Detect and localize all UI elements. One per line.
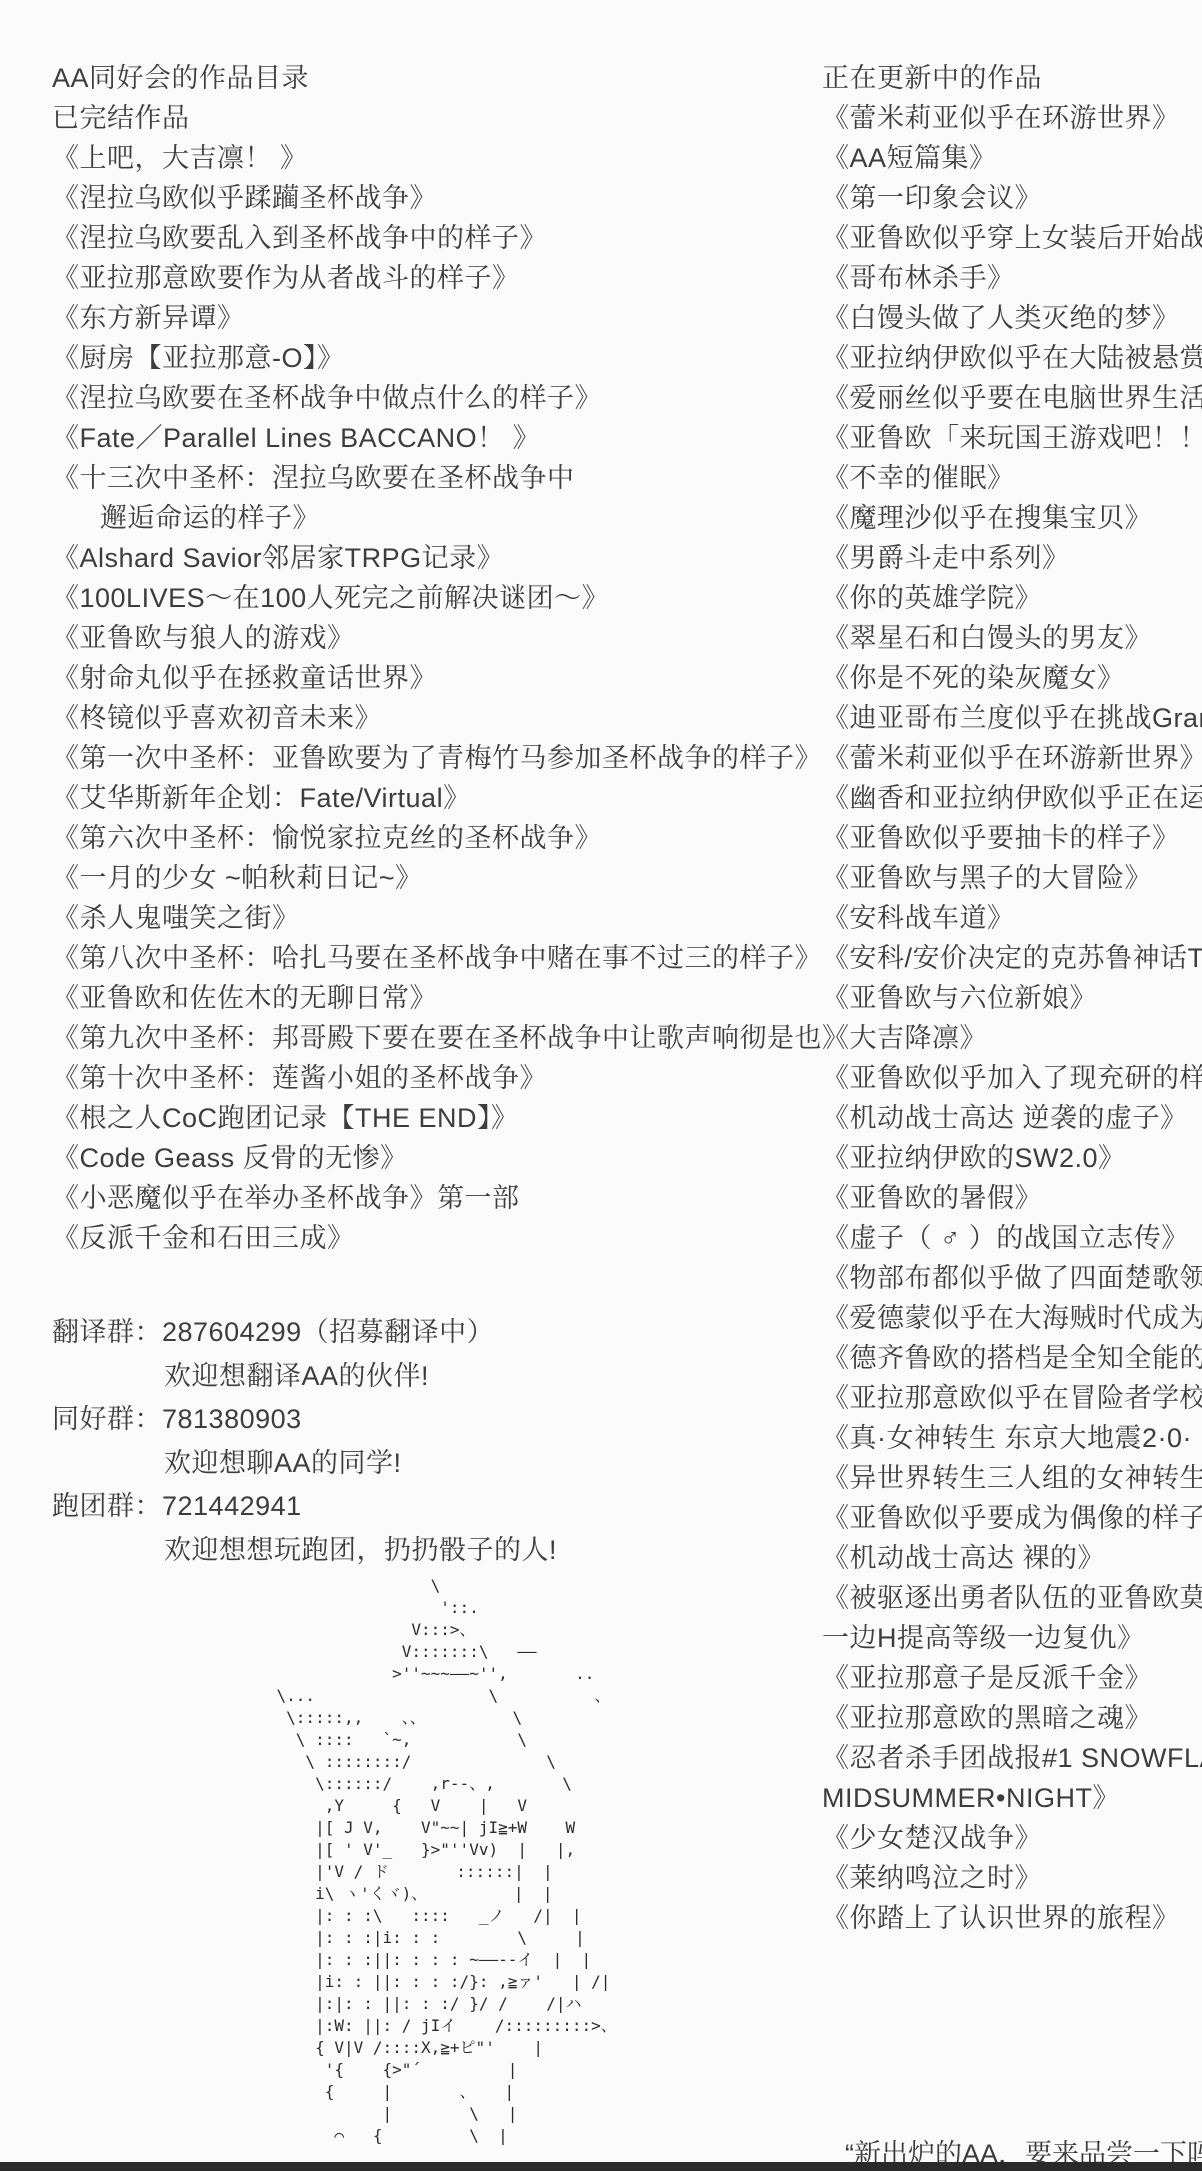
work-title-line: 《哥布林杀手》	[822, 258, 1202, 298]
work-title-line: 《第六次中圣杯：愉悦家拉克丝的圣杯战争》	[52, 818, 850, 858]
right-column-title: 正在更新中的作品	[822, 58, 1202, 98]
work-title-line: 《你是不死的染灰魔女》	[822, 658, 1202, 698]
work-title-line: 《亚鲁欧「来玩国王游戏吧！！ 」》	[822, 418, 1202, 458]
work-title-line: 《小恶魔似乎在举办圣杯战争》第一部	[52, 1178, 850, 1218]
work-title-line: 《涅拉乌欧似乎蹂躏圣杯战争》	[52, 178, 850, 218]
right-works-list: 《蕾米莉亚似乎在环游世界》《AA短篇集》《第一印象会议》《亚鲁欧似乎穿上女装后开…	[822, 98, 1202, 1938]
work-title-line: 《大吉降凛》	[822, 1018, 1202, 1058]
work-title-line: 《根之人CoC跑团记录【THE END】》	[52, 1098, 850, 1138]
work-title-line: 《亚鲁欧与狼人的游戏》	[52, 618, 850, 658]
work-title-line: 《物部布都似乎做了四面楚歌领地的	[822, 1258, 1202, 1298]
work-title-line: 《射命丸似乎在拯救童话世界》	[52, 658, 850, 698]
page: AA同好会的作品目录 已完结作品 《上吧，大吉凛！ 》《涅拉乌欧似乎蹂躏圣杯战争…	[0, 0, 1202, 2171]
work-title-line: 《Alshard Savior邻居家TRPG记录》	[52, 538, 850, 578]
work-title-line: 一边H提高等级一边复仇》	[822, 1618, 1202, 1658]
updating-works-column: 正在更新中的作品 《蕾米莉亚似乎在环游世界》《AA短篇集》《第一印象会议》《亚鲁…	[822, 58, 1202, 1938]
work-title-line: 《东方新异谭》	[52, 298, 850, 338]
contact-group-note: 欢迎想想玩跑团，扔扔骰子的人!	[52, 1529, 557, 1573]
work-title-line: 《反派千金和石田三成》	[52, 1218, 850, 1258]
work-title-line: 《一月的少女 ~帕秋莉日记~》	[52, 858, 850, 898]
work-title-line: 《第一次中圣杯：亚鲁欧要为了青梅竹马参加圣杯战争的样子》	[52, 738, 850, 778]
work-title-line: 《第八次中圣杯：哈扎马要在圣杯战争中赌在事不过三的样子》	[52, 938, 850, 978]
work-title-line: 《亚拉纳伊欧似乎在大陆被悬赏》	[822, 338, 1202, 378]
work-title-line: 《柊镜似乎喜欢初音未来》	[52, 698, 850, 738]
work-title-line: 《亚拉那意欧似乎在冒险者学校追寻	[822, 1378, 1202, 1418]
work-title-line: 《亚鲁欧和佐佐木的无聊日常》	[52, 978, 850, 1018]
work-title-line: 《被驱逐出勇者队伍的亚鲁欧莫名其	[822, 1578, 1202, 1618]
completed-works-column: AA同好会的作品目录 已完结作品 《上吧，大吉凛！ 》《涅拉乌欧似乎蹂躏圣杯战争…	[52, 58, 850, 1258]
work-title-line: 《真·女神转生 东京大地震2·0·	[822, 1418, 1202, 1458]
work-title-line: 《杀人鬼嗤笑之街》	[52, 898, 850, 938]
work-title-line: 《亚鲁欧与黑子的大冒险》	[822, 858, 1202, 898]
work-title-line: 《蕾米莉亚似乎在环游新世界》	[822, 738, 1202, 778]
work-title-line: 《AA短篇集》	[822, 138, 1202, 178]
work-title-line: 《白馒头做了人类灭绝的梦》	[822, 298, 1202, 338]
work-title-line: 《亚鲁欧似乎加入了现充研的样子》	[822, 1058, 1202, 1098]
work-title-line: 《厨房【亚拉那意-O】》	[52, 338, 850, 378]
work-title-line: 《你的英雄学院》	[822, 578, 1202, 618]
left-works-list: 《上吧，大吉凛！ 》《涅拉乌欧似乎蹂躏圣杯战争》《涅拉乌欧要乱入到圣杯战争中的样…	[52, 138, 850, 1258]
work-title-line: 《亚鲁欧与六位新娘》	[822, 978, 1202, 1018]
work-title-line: 《忍者杀手团战报#1 SNOWFLAK	[822, 1738, 1202, 1778]
work-title-line: 《少女楚汉战争》	[822, 1818, 1202, 1858]
work-title-line: 《蕾米莉亚似乎在环游世界》	[822, 98, 1202, 138]
left-column-subtitle: 已完结作品	[52, 98, 850, 138]
work-title-line: 《安科/安价决定的克苏鲁神话TRP	[822, 938, 1202, 978]
work-title-line: 《不幸的催眠》	[822, 458, 1202, 498]
bottom-edge-bar	[0, 2162, 1202, 2171]
work-title-line: 《爱丽丝似乎要在电脑世界生活下去	[822, 378, 1202, 418]
ascii-art-character: \ '::. V:::>、 V:::::::\ —— >''~~~——~'', …	[238, 1575, 617, 2147]
work-title-line: 《第十次中圣杯：莲酱小姐的圣杯战争》	[52, 1058, 850, 1098]
work-title-line: 《Fate／Parallel Lines BACCANO！ 》	[52, 418, 850, 458]
work-title-line: 《艾华斯新年企划：Fate/Virtual》	[52, 778, 850, 818]
work-title-line: 《Code Geass 反骨的无惨》	[52, 1138, 850, 1178]
work-title-line: 《德齐鲁欧的搭档是全知全能的样子	[822, 1338, 1202, 1378]
contact-group-line: 同好群：781380903	[52, 1398, 557, 1442]
work-title-line: 《异世界转生三人组的女神转生哀歌	[822, 1458, 1202, 1498]
work-title-line: 《魔理沙似乎在搜集宝贝》	[822, 498, 1202, 538]
work-title-line: 《亚鲁欧的暑假》	[822, 1178, 1202, 1218]
work-title-line: 《亚鲁欧似乎穿上女装后开始战车道	[822, 218, 1202, 258]
contact-group-note: 欢迎想翻译AA的伙伴!	[52, 1355, 557, 1399]
contact-group-note: 欢迎想聊AA的同学!	[52, 1442, 557, 1486]
contact-group-line: 翻译群：287604299（招募翻译中）	[52, 1311, 557, 1355]
work-title-line: MIDSUMMER•NIGHT》	[822, 1778, 1202, 1818]
work-title-line: 《十三次中圣杯：涅拉乌欧要在圣杯战争中	[52, 458, 850, 498]
work-title-line: 《机动战士高达 裸的》	[822, 1538, 1202, 1578]
left-column-title: AA同好会的作品目录	[52, 58, 850, 98]
work-title-line: 《第一印象会议》	[822, 178, 1202, 218]
work-title-line: 《莱纳鸣泣之时》	[822, 1858, 1202, 1898]
contact-groups-block: 翻译群：287604299（招募翻译中）欢迎想翻译AA的伙伴!同好群：78138…	[52, 1311, 557, 1572]
work-title-line: 《迪亚哥布兰度似乎在挑战Grand O	[822, 698, 1202, 738]
work-title-line: 《亚鲁欧似乎要成为偶像的样子》	[822, 1498, 1202, 1538]
work-title-line: 《亚拉那意欧的黑暗之魂》	[822, 1698, 1202, 1738]
work-title-line: 《涅拉乌欧要在圣杯战争中做点什么的样子》	[52, 378, 850, 418]
work-title-line: 《男爵斗走中系列》	[822, 538, 1202, 578]
work-title-line: 《第九次中圣杯：邦哥殿下要在要在圣杯战争中让歌声响彻是也》	[52, 1018, 850, 1058]
work-title-line: 《100LIVES～在100人死完之前解决谜团～》	[52, 578, 850, 618]
work-title-line: 《涅拉乌欧要乱入到圣杯战争中的样子》	[52, 218, 850, 258]
work-title-line: 《幽香和亚拉纳伊欧似乎正在运营公	[822, 778, 1202, 818]
work-title-line: 《上吧，大吉凛！ 》	[52, 138, 850, 178]
work-title-line: 《机动战士高达 逆袭的虚子》	[822, 1098, 1202, 1138]
work-title-line: 《爱德蒙似乎在大海贼时代成为了复	[822, 1298, 1202, 1338]
work-title-line: 《安科战车道》	[822, 898, 1202, 938]
work-title-line: 《亚拉那意欧要作为从者战斗的样子》	[52, 258, 850, 298]
work-title-line: 《亚拉那意子是反派千金》	[822, 1658, 1202, 1698]
work-title-line: 《亚鲁欧似乎要抽卡的样子》	[822, 818, 1202, 858]
work-title-line: 《亚拉纳伊欧的SW2.0》	[822, 1138, 1202, 1178]
work-title-line: 《虚子（ ♂ ）的战国立志传》	[822, 1218, 1202, 1258]
work-title-line: 《你踏上了认识世界的旅程》	[822, 1898, 1202, 1938]
contact-group-line: 跑团群：721442941	[52, 1485, 557, 1529]
work-title-line: 邂逅命运的样子》	[52, 498, 850, 538]
work-title-line: 《翠星石和白馒头的男友》	[822, 618, 1202, 658]
